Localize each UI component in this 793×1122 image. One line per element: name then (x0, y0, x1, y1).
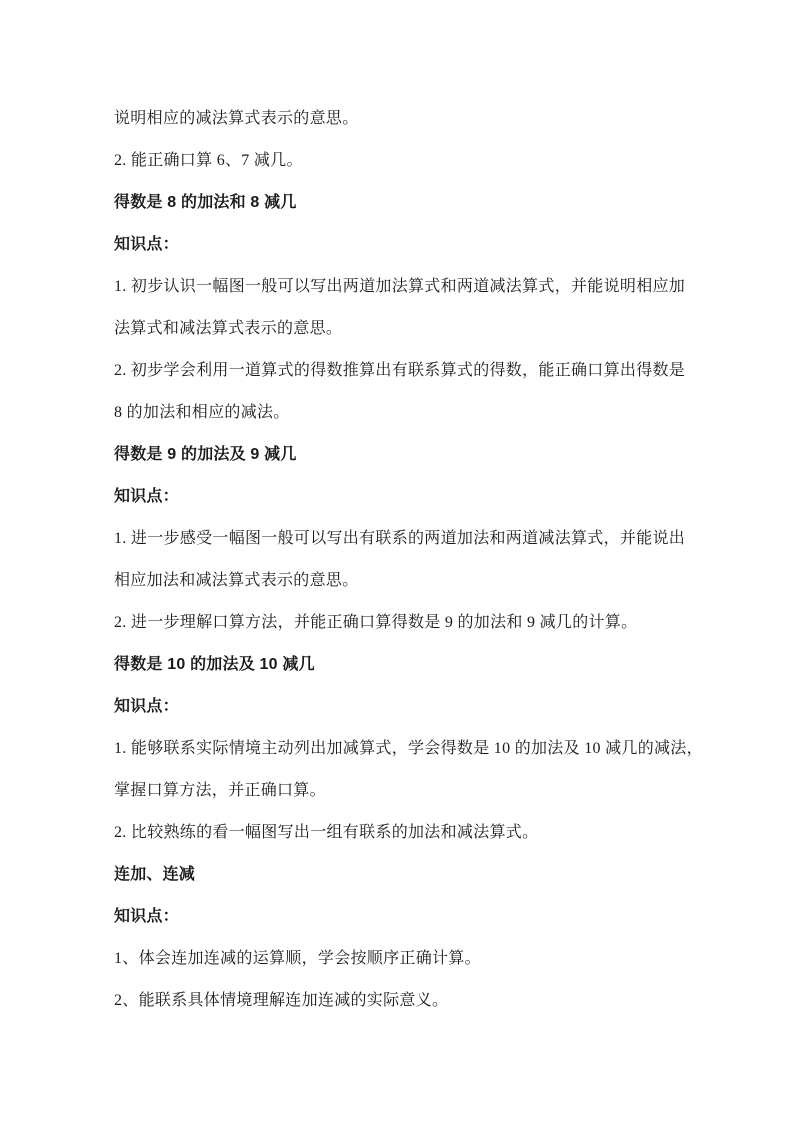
text-line: 相应加法和减法算式表示的意思。 (114, 560, 714, 602)
knowledge-points-label: 知识点： (114, 476, 714, 518)
knowledge-points-label: 知识点： (114, 686, 714, 728)
knowledge-points-label: 知识点： (114, 224, 714, 266)
text-line: 2. 初步学会利用一道算式的得数推算出有联系算式的得数，能正确口算出得数是 (114, 350, 714, 392)
text-line: 1. 初步认识一幅图一般可以写出两道加法算式和两道减法算式，并能说明相应加 (114, 266, 714, 308)
text-line: 1. 能够联系实际情境主动列出加减算式，学会得数是 10 的加法及 10 减几的… (114, 728, 714, 770)
section-heading: 得数是 8 的加法和 8 减几 (114, 182, 714, 224)
text-line: 说明相应的减法算式表示的意思。 (114, 98, 714, 140)
text-line: 2、能联系具体情境理解连加连减的实际意义。 (114, 980, 714, 1022)
knowledge-points-label: 知识点： (114, 896, 714, 938)
section-heading: 得数是 9 的加法及 9 减几 (114, 434, 714, 476)
section-heading: 得数是 10 的加法及 10 减几 (114, 644, 714, 686)
text-line: 1. 进一步感受一幅图一般可以写出有联系的两道加法和两道减法算式，并能说出 (114, 518, 714, 560)
text-line: 法算式和减法算式表示的意思。 (114, 308, 714, 350)
document-page: 说明相应的减法算式表示的意思。 2. 能正确口算 6、7 减几。 得数是 8 的… (0, 0, 793, 1122)
section-heading: 连加、连减 (114, 854, 714, 896)
text-line: 8 的加法和相应的减法。 (114, 392, 714, 434)
text-line: 2. 能正确口算 6、7 减几。 (114, 140, 714, 182)
document-text-block: 说明相应的减法算式表示的意思。 2. 能正确口算 6、7 减几。 得数是 8 的… (114, 98, 714, 1022)
text-line: 2. 进一步理解口算方法，并能正确口算得数是 9 的加法和 9 减几的计算。 (114, 602, 714, 644)
text-line: 2. 比较熟练的看一幅图写出一组有联系的加法和减法算式。 (114, 812, 714, 854)
text-line: 1、体会连加连减的运算顺，学会按顺序正确计算。 (114, 938, 714, 980)
text-line: 掌握口算方法，并正确口算。 (114, 770, 714, 812)
